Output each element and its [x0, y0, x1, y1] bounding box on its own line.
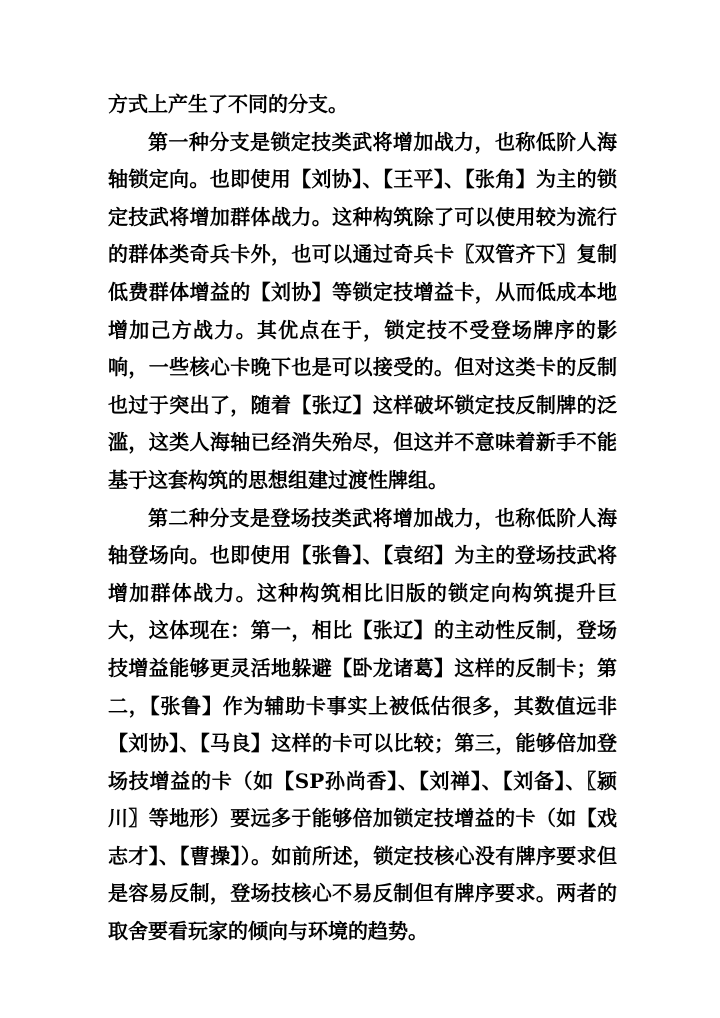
paragraph-first-branch: 第一种分支是锁定技类武将增加战力，也称低阶人海轴锁定向。也即使用【刘协】、【王平…: [108, 124, 617, 500]
paragraph-second-branch: 第二种分支是登场技类武将增加战力，也称低阶人海轴登场向。也即使用【张鲁】、【袁绍…: [108, 500, 617, 951]
paragraph-continuation: 方式上产生了不同的分支。: [108, 86, 617, 124]
text-block: 方式上产生了不同的分支。 第一种分支是锁定技类武将增加战力，也称低阶人海轴锁定向…: [108, 86, 617, 951]
document-page: 方式上产生了不同的分支。 第一种分支是锁定技类武将增加战力，也称低阶人海轴锁定向…: [0, 0, 720, 1018]
